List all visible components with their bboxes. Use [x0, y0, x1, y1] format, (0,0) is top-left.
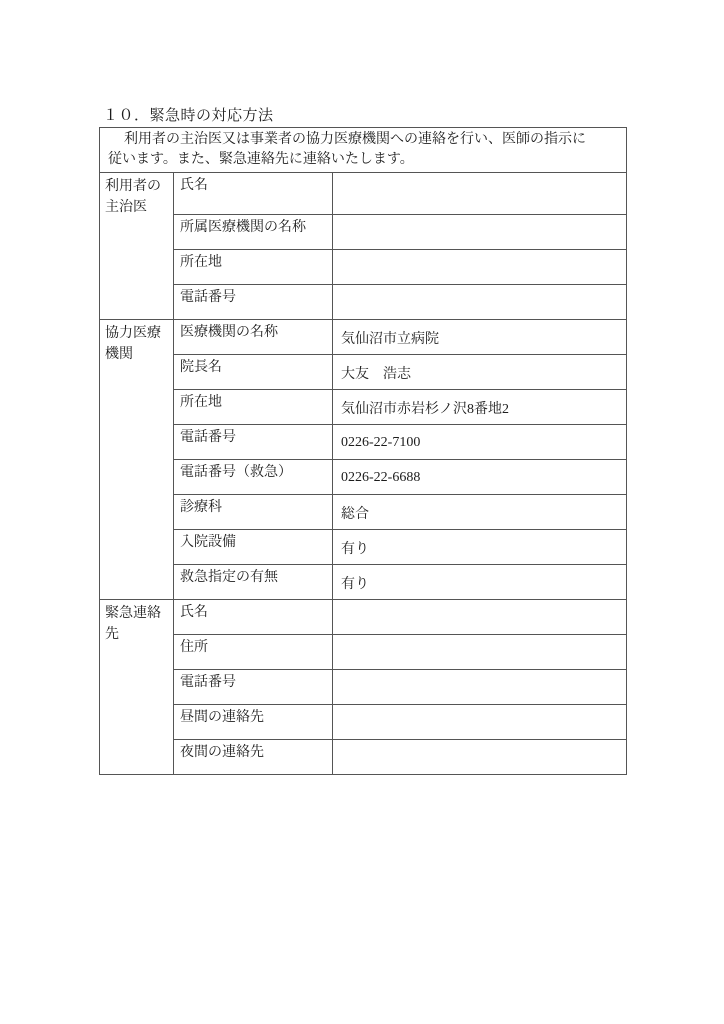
field-label-cell: 所在地	[174, 250, 333, 285]
field-label-cell: 氏名	[174, 600, 333, 635]
field-label-cell: 入院設備	[174, 530, 333, 565]
table-row: 住所	[100, 635, 627, 670]
field-label-cell: 所在地	[174, 390, 333, 425]
field-label-cell: 電話番号	[174, 285, 333, 320]
emergency-response-table: 利用者の主治医又は事業者の協力医療機関への連絡を行い、医師の指示に 従います。ま…	[99, 127, 627, 775]
field-label-cell: 所属医療機関の名称	[174, 215, 333, 250]
table-row: 電話番号 0226-22-7100	[100, 425, 627, 460]
table-row: 緊急連絡先 氏名	[100, 600, 627, 635]
field-value-cell	[333, 635, 627, 670]
group-cell-user-doctor: 利用者の主治医	[100, 173, 174, 320]
table-row: 夜間の連絡先	[100, 740, 627, 775]
field-value-cell	[333, 285, 627, 320]
intro-cell: 利用者の主治医又は事業者の協力医療機関への連絡を行い、医師の指示に 従います。ま…	[100, 128, 627, 173]
field-label-cell: 夜間の連絡先	[174, 740, 333, 775]
field-value-cell	[333, 740, 627, 775]
field-label-cell: 氏名	[174, 173, 333, 215]
field-value-cell: 0226-22-6688	[333, 460, 627, 495]
field-value-cell: 有り	[333, 530, 627, 565]
table-row: 院長名 大友 浩志	[100, 355, 627, 390]
document-page: １０．緊急時の対応方法 利用者の主治医又は事業者の協力医療機関への連絡を行い、医…	[0, 0, 724, 1024]
table-row: 電話番号（救急） 0226-22-6688	[100, 460, 627, 495]
field-value-cell: 気仙沼市立病院	[333, 320, 627, 355]
field-label-cell: 診療科	[174, 495, 333, 530]
table-row: 電話番号	[100, 285, 627, 320]
table-row: 入院設備 有り	[100, 530, 627, 565]
field-value-cell	[333, 705, 627, 740]
field-value-cell: 気仙沼市赤岩杉ノ沢8番地2	[333, 390, 627, 425]
table-row: 所属医療機関の名称	[100, 215, 627, 250]
table-row: 協力医療機関 医療機関の名称 気仙沼市立病院	[100, 320, 627, 355]
table-row: 電話番号	[100, 670, 627, 705]
field-label-cell: 院長名	[174, 355, 333, 390]
field-value-cell: 有り	[333, 565, 627, 600]
table-row: 診療科 総合	[100, 495, 627, 530]
group-cell-coop-institution: 協力医療機関	[100, 320, 174, 600]
table-row: 利用者の主治医又は事業者の協力医療機関への連絡を行い、医師の指示に 従います。ま…	[100, 128, 627, 173]
field-value-cell	[333, 173, 627, 215]
field-value-cell: 大友 浩志	[333, 355, 627, 390]
table-row: 昼間の連絡先	[100, 705, 627, 740]
table-row: 利用者の主治医 氏名	[100, 173, 627, 215]
field-label-cell: 医療機関の名称	[174, 320, 333, 355]
field-value-cell	[333, 250, 627, 285]
table-row: 救急指定の有無 有り	[100, 565, 627, 600]
field-label-cell: 昼間の連絡先	[174, 705, 333, 740]
field-label-cell: 電話番号	[174, 425, 333, 460]
intro-line1: 利用者の主治医又は事業者の協力医療機関への連絡を行い、医師の指示に	[108, 130, 618, 150]
field-label-cell: 電話番号（救急）	[174, 460, 333, 495]
field-value-cell	[333, 670, 627, 705]
group-cell-emergency-contact: 緊急連絡先	[100, 600, 174, 775]
table-row: 所在地	[100, 250, 627, 285]
field-label-cell: 住所	[174, 635, 333, 670]
intro-line2: 従います。また、緊急連絡先に連絡いたします。	[108, 150, 618, 170]
field-label-cell: 電話番号	[174, 670, 333, 705]
page-title: １０．緊急時の対応方法	[103, 104, 274, 125]
field-value-cell: 総合	[333, 495, 627, 530]
table-row: 所在地 気仙沼市赤岩杉ノ沢8番地2	[100, 390, 627, 425]
field-value-cell: 0226-22-7100	[333, 425, 627, 460]
field-value-cell	[333, 600, 627, 635]
field-label-cell: 救急指定の有無	[174, 565, 333, 600]
field-value-cell	[333, 215, 627, 250]
